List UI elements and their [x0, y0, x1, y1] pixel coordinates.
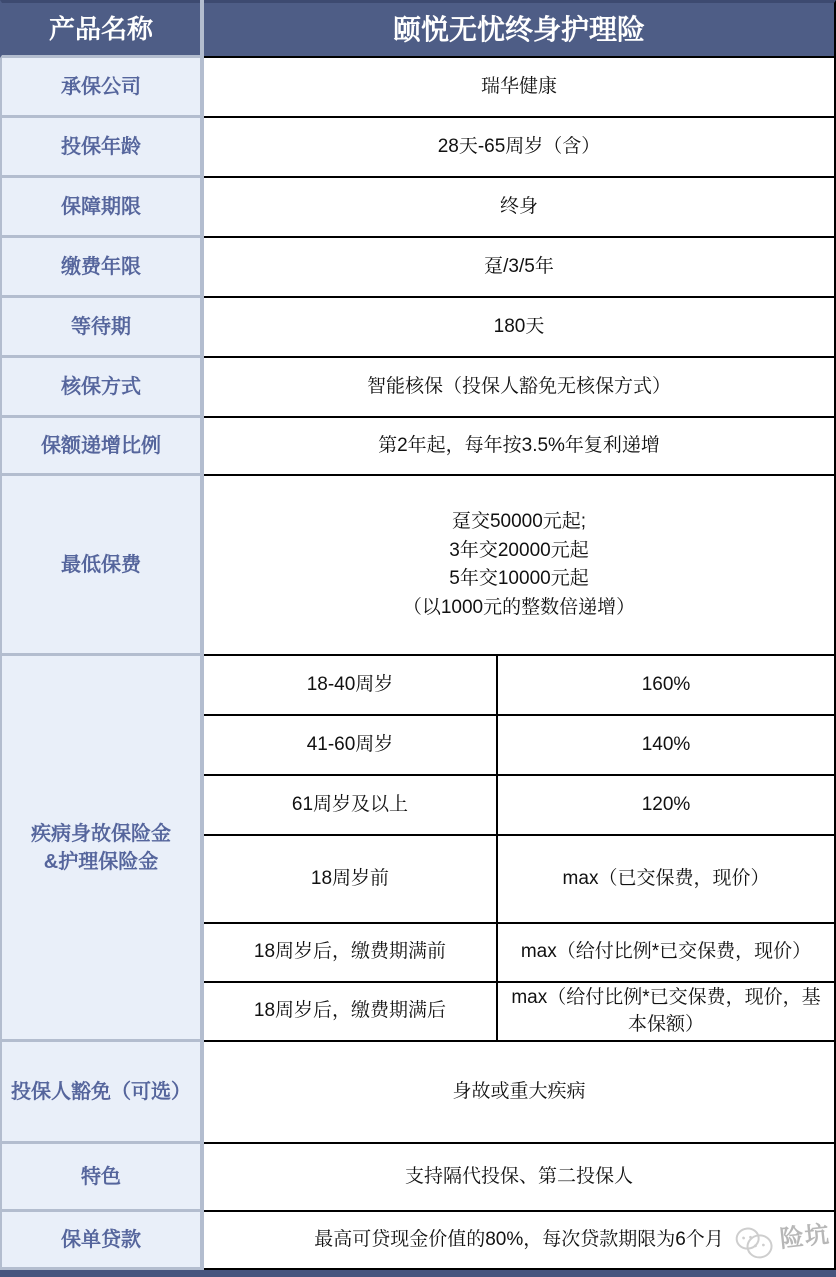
header-label-text: 产品名称: [49, 11, 153, 47]
row-value-cell: 180天: [204, 298, 836, 358]
table-section-death-care-benefit: 疾病身故保险金 &护理保险金 18-40周岁 160% 41-60周岁 140%: [0, 656, 836, 1042]
row-label-cell: 特色: [0, 1144, 200, 1212]
benefit-payout: 160%: [642, 672, 691, 699]
row-label: 最低保费: [61, 551, 141, 579]
benefit-payout-cell: 120%: [498, 776, 834, 834]
row-value-cell: 趸交50000元起; 3年交20000元起 5年交10000元起 （以1000元…: [204, 476, 836, 656]
row-label: 保额递增比例: [41, 432, 161, 460]
table-row-payment-term: 缴费年限 趸/3/5年: [0, 238, 836, 298]
product-title: 颐悦无忧终身护理险: [393, 9, 645, 51]
row-value: 最高可贷现金价值的80%，每次贷款期限为6个月: [314, 1226, 724, 1255]
benefit-payout-cell: 160%: [498, 656, 834, 714]
row-value-cell: 支持隔代投保、第二投保人: [204, 1144, 836, 1212]
row-label: 特色: [81, 1163, 121, 1191]
row-label-cell: 投保年龄: [0, 118, 200, 178]
min-premium-line: 趸交50000元起;: [452, 508, 586, 537]
benefit-payout-cell: 140%: [498, 716, 834, 774]
row-label-cell: 保额递增比例: [0, 418, 200, 476]
watermark-logo-icon: [732, 1223, 778, 1263]
benefit-payout: max（给付比例*已交保费，现价）: [521, 939, 811, 966]
row-value-cell: 身故或重大疾病: [204, 1042, 836, 1144]
benefit-sub-row: 61周岁及以上 120%: [204, 776, 834, 836]
table-row-policy-loan: 保单贷款 最高可贷现金价值的80%，每次贷款期限为6个月 险坑: [0, 1212, 836, 1270]
section-label-cell: 疾病身故保险金 &护理保险金: [0, 656, 200, 1042]
row-label-cell: 核保方式: [0, 358, 200, 418]
table-row-coverage-period: 保障期限 终身: [0, 178, 836, 238]
row-value: 智能核保（投保人豁免无核保方式）: [367, 373, 671, 402]
row-value: 终身: [500, 193, 538, 222]
row-value: 28天-65周岁（含）: [438, 133, 601, 162]
row-label: 核保方式: [61, 373, 141, 401]
row-value-cell: 智能核保（投保人豁免无核保方式）: [204, 358, 836, 418]
watermark-text: 险坑: [778, 1217, 831, 1258]
row-label-cell: 等待期: [0, 298, 200, 358]
benefit-condition: 41-60周岁: [307, 732, 394, 759]
insurance-product-table: 产品名称 颐悦无忧终身护理险 承保公司 瑞华健康 投保年龄 28天-65周岁（含…: [0, 0, 836, 1277]
table-row-min-premium: 最低保费 趸交50000元起; 3年交20000元起 5年交10000元起 （以…: [0, 476, 836, 656]
row-label: 承保公司: [61, 73, 141, 101]
benefit-condition: 61周岁及以上: [292, 792, 408, 819]
benefit-sub-table: 18-40周岁 160% 41-60周岁 140% 61周岁及以上: [204, 656, 836, 1042]
benefit-condition-cell: 18周岁后，缴费期满前: [204, 924, 498, 981]
row-value-cell: 瑞华健康: [204, 58, 836, 118]
min-premium-line: 3年交20000元起: [449, 537, 588, 566]
benefit-payout: 140%: [642, 732, 691, 759]
row-label: 投保年龄: [61, 133, 141, 161]
row-value: 180天: [494, 313, 545, 342]
row-label: 保障期限: [61, 193, 141, 221]
table-row-entry-age: 投保年龄 28天-65周岁（含）: [0, 118, 836, 178]
row-label-cell: 投保人豁免（可选）: [0, 1042, 200, 1144]
row-value: 身故或重大疾病: [452, 1078, 585, 1107]
benefit-condition: 18周岁前: [311, 866, 389, 893]
table-header-row: 产品名称 颐悦无忧终身护理险: [0, 0, 836, 58]
section-label-line: &护理保险金: [44, 848, 158, 876]
header-value-cell: 颐悦无忧终身护理险: [204, 0, 836, 58]
benefit-condition: 18周岁后，缴费期满前: [254, 939, 446, 966]
row-value-cell: 第2年起，每年按3.5%年复利递增: [204, 418, 836, 476]
benefit-payout-cell: max（已交保费，现价）: [498, 836, 834, 922]
row-label-cell: 最低保费: [0, 476, 200, 656]
row-value-cell: 趸/3/5年: [204, 238, 836, 298]
row-label: 保单贷款: [61, 1226, 141, 1254]
row-value-cell: 28天-65周岁（含）: [204, 118, 836, 178]
benefit-condition: 18-40周岁: [307, 672, 394, 699]
table-row-insurer: 承保公司 瑞华健康: [0, 58, 836, 118]
row-label-cell: 保单贷款: [0, 1212, 200, 1270]
table-row-features: 特色 支持隔代投保、第二投保人: [0, 1144, 836, 1212]
benefit-condition-cell: 61周岁及以上: [204, 776, 498, 834]
benefit-sub-row: 18周岁后，缴费期满后 max（给付比例*已交保费，现价，基本保额）: [204, 983, 834, 1040]
row-label: 缴费年限: [61, 253, 141, 281]
min-premium-line: 5年交10000元起: [449, 565, 588, 594]
benefit-condition-cell: 41-60周岁: [204, 716, 498, 774]
row-label-cell: 缴费年限: [0, 238, 200, 298]
benefit-sub-row: 18周岁后，缴费期满前 max（给付比例*已交保费，现价）: [204, 924, 834, 983]
benefit-payout-cell: max（给付比例*已交保费，现价，基本保额）: [498, 983, 834, 1040]
benefit-payout-cell: max（给付比例*已交保费，现价）: [498, 924, 834, 981]
benefit-condition: 18周岁后，缴费期满后: [254, 998, 446, 1025]
table-row-payer-waiver: 投保人豁免（可选） 身故或重大疾病: [0, 1042, 836, 1144]
row-value-cell: 最高可贷现金价值的80%，每次贷款期限为6个月 险坑: [204, 1212, 836, 1270]
benefit-payout: 120%: [642, 792, 691, 819]
benefit-sub-row: 18周岁前 max（已交保费，现价）: [204, 836, 834, 924]
benefit-condition-cell: 18周岁后，缴费期满后: [204, 983, 498, 1040]
watermark: 险坑: [732, 1217, 831, 1263]
row-label: 投保人豁免（可选）: [11, 1078, 191, 1106]
benefit-condition-cell: 18-40周岁: [204, 656, 498, 714]
table-row-sum-growth: 保额递增比例 第2年起，每年按3.5%年复利递增: [0, 418, 836, 476]
table-row-underwriting: 核保方式 智能核保（投保人豁免无核保方式）: [0, 358, 836, 418]
benefit-payout: max（给付比例*已交保费，现价，基本保额）: [506, 985, 826, 1038]
benefit-condition-cell: 18周岁前: [204, 836, 498, 922]
row-label-cell: 保障期限: [0, 178, 200, 238]
table-row-waiting-period: 等待期 180天: [0, 298, 836, 358]
benefit-sub-row: 41-60周岁 140%: [204, 716, 834, 776]
benefit-sub-row: 18-40周岁 160%: [204, 656, 834, 716]
header-label-cell: 产品名称: [0, 0, 200, 58]
section-label-line: 疾病身故保险金: [31, 820, 171, 848]
min-premium-line: （以1000元的整数倍递增）: [403, 594, 635, 623]
row-value: 第2年起，每年按3.5%年复利递增: [378, 432, 660, 461]
row-value: 支持隔代投保、第二投保人: [405, 1163, 633, 1192]
row-label: 等待期: [71, 313, 131, 341]
row-value: 趸/3/5年: [484, 253, 554, 282]
benefit-payout: max（已交保费，现价）: [563, 866, 770, 893]
row-value: 瑞华健康: [481, 73, 557, 102]
row-value-cell: 终身: [204, 178, 836, 238]
row-label-cell: 承保公司: [0, 58, 200, 118]
bottom-accent-bar: [0, 1270, 836, 1277]
